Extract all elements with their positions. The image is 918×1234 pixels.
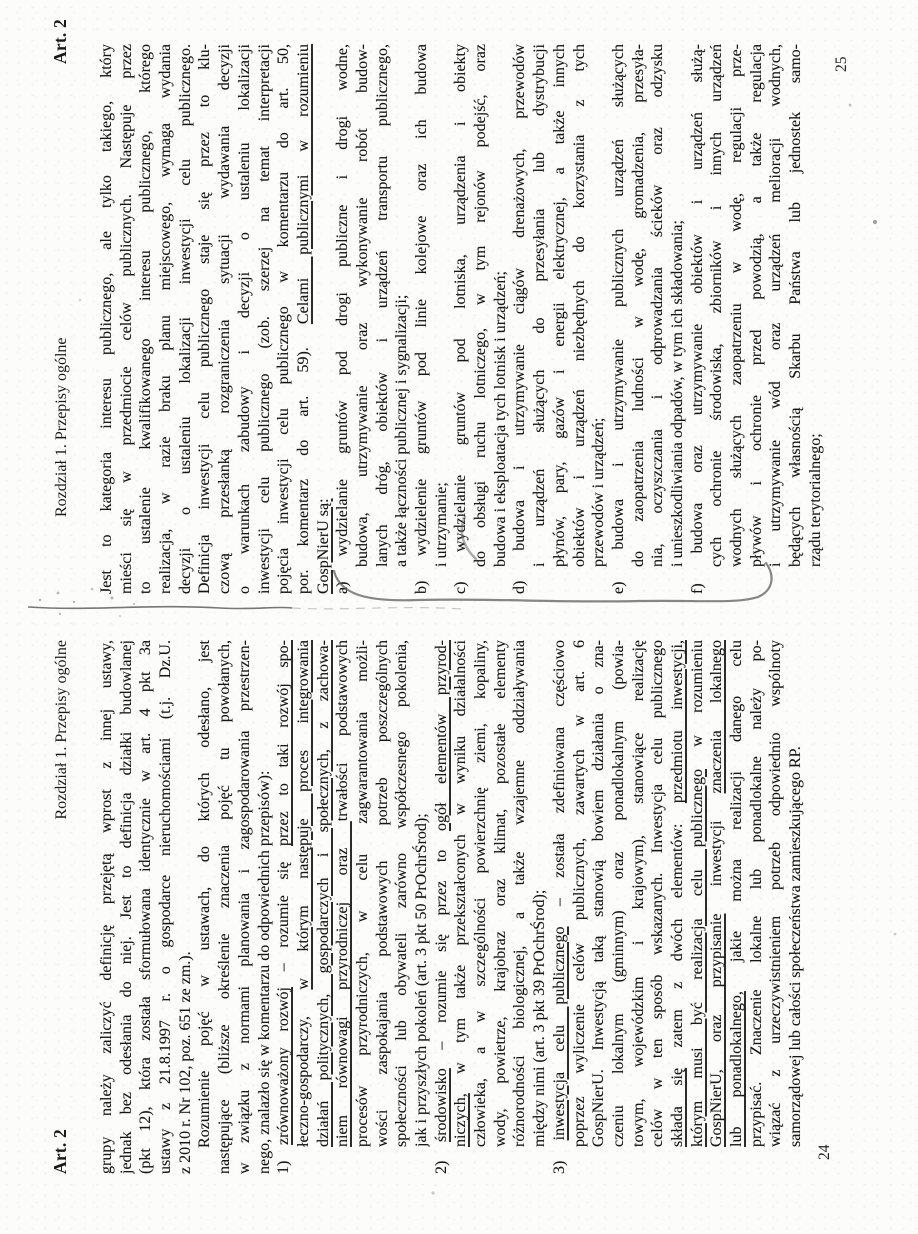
text-line: o warunkach zabudowy i decyzji o ustalen… xyxy=(235,44,255,594)
text-line: do zaopatrzenia ludności w wodę, gromadz… xyxy=(629,44,649,567)
text-line: z 2010 r. Nr 102, poz. 651 ze zm.). xyxy=(176,640,196,1174)
text-line: budowa, utrzymywanie oraz wykonywanie ro… xyxy=(353,44,373,567)
text-line: i unieszkodliwiania odpadów, w tym ich s… xyxy=(668,44,688,567)
text-line: lanych dróg, obiektów i urządzeń transpo… xyxy=(373,44,393,567)
running-header: Art. 2 Rozdział 1. Przepisy ogólne xyxy=(50,640,71,1174)
text-line: jak i przyszłych pokoleń (art. 3 pkt 50 … xyxy=(412,640,432,1147)
text-line: GospNierU są: xyxy=(314,44,334,594)
text-line: poprzez wyliczenie celów publicznych, za… xyxy=(570,640,590,1147)
text-line: Definicja inwestycji celu publicznego st… xyxy=(195,44,215,594)
text-line: GospNierU. Inwestycją taką stanowią bowi… xyxy=(589,640,609,1147)
text-line: f) budowa oraz utrzymywanie obiektów i u… xyxy=(688,44,708,594)
text-line: decyzji o ustaleniu lokalizacji inwestyc… xyxy=(176,44,196,594)
text-line: społeczności lub obywateli zarówno współ… xyxy=(392,640,412,1147)
book-spread: Art. 2 Rozdział 1. Przepisy ogólne grupy… xyxy=(0,0,918,1234)
text-line: do obsługi ruchu lotniczego, w tym rejon… xyxy=(471,44,491,567)
text-line: przewodów i urządzeń; xyxy=(589,44,609,567)
text-line: wiązać z urzeczywistnieniem potrzeb odpo… xyxy=(766,640,786,1147)
text-line: czową przesłanką rozgraniczenia sytuacji… xyxy=(215,44,235,594)
text-line: pojęcia inwestycji celu publicznego w ko… xyxy=(274,44,294,594)
text-line: ustawy z 21.8.1997 r. o gospodarce nieru… xyxy=(156,640,176,1174)
text-line: nia, oczyszczania i odprowadzania ściekó… xyxy=(648,44,668,567)
text-line: i utrzymywanie wód oraz urządzeń meliora… xyxy=(766,44,786,567)
text-line: i utrzymanie; xyxy=(432,44,452,567)
text-line: grupy należy zaliczyć definicję przejętą… xyxy=(97,640,117,1174)
header-article-label: Art. 2 xyxy=(50,1129,71,1174)
text-line: przypisać. Znaczenie lokalne lub ponadlo… xyxy=(747,640,767,1147)
page-25-text-block: Jest to kategoria interesu publicznego, … xyxy=(97,44,825,594)
text-line: składa się zatem z dwóch elementów: prze… xyxy=(668,640,688,1147)
text-line: działań politycznych, gospodarczych i sp… xyxy=(314,640,334,1147)
text-line: między nimi (art. 3 pkt 39 PrOchrŚrod); xyxy=(530,640,550,1147)
text-line: (pkt 12), która została sformułowana ide… xyxy=(136,640,156,1174)
text-line: to ustalenie kwalifikowanego interesu pu… xyxy=(136,44,156,594)
text-line: 1) zrównoważony rozwój – rozumie się prz… xyxy=(274,640,294,1174)
text-line: realizacja, w razie braku planu miejscow… xyxy=(156,44,176,594)
header-article-label: Art. 2 xyxy=(50,19,71,64)
text-line: obiektów i urządzeń niezbędnych do korzy… xyxy=(570,44,590,567)
page-25: Rozdział 1. Przepisy ogólne Art. 2 Jest … xyxy=(0,0,918,617)
text-line: 3) inwestycja celu publicznego – została… xyxy=(550,640,570,1174)
text-line: różnorodności biologicznej, a także wzaj… xyxy=(510,640,530,1147)
header-chapter-label: Rozdział 1. Przepisy ogólne xyxy=(53,337,71,517)
text-line: czeniu lokalnym (gminnym) oraz ponadloka… xyxy=(609,640,629,1147)
text-line: nego, znalazło się w komentarzu do odpow… xyxy=(255,640,275,1174)
text-line: Rozumienie pojęć w ustawach, do których … xyxy=(195,640,215,1174)
text-line: Jest to kategoria interesu publicznego, … xyxy=(97,44,117,594)
page-number: 25 xyxy=(833,57,851,73)
text-line: niczych, w tym także przekształconych w … xyxy=(451,640,471,1147)
text-line: d) budowa i utrzymywanie ciągów drenażow… xyxy=(510,44,530,594)
text-line: w związku z normami planowania i zagospo… xyxy=(235,640,255,1174)
text-line: towym, wojewódzkim i krajowym), stanowią… xyxy=(629,640,649,1147)
text-line: jednak bez odesłania do niej. Jest to de… xyxy=(117,640,137,1174)
text-line: b) wydzielenie gruntów pod linie kolejow… xyxy=(412,44,432,594)
text-line: procesów przyrodniczych, w celu zagwaran… xyxy=(353,640,373,1147)
text-line: c) wydzielanie gruntów pod lotniska, urz… xyxy=(451,44,471,594)
text-line: następujące (bliższe określenie znaczeni… xyxy=(215,640,235,1174)
text-line: samorządowej lub całości społeczeństwa z… xyxy=(786,640,806,1147)
text-line: mieści się w przedmiocie celów publiczny… xyxy=(117,44,137,594)
text-line: wości zaspokajania podstawowych potrzeb … xyxy=(373,640,393,1147)
text-line: wodnych służących zaopatrzeniu w wodę, r… xyxy=(727,44,747,567)
text-line: rządu terytorialnego; xyxy=(806,44,826,567)
page-24: Art. 2 Rozdział 1. Przepisy ogólne grupy… xyxy=(0,617,918,1234)
text-line: GospNierU, oraz przypisanie inwestycji z… xyxy=(707,640,727,1147)
text-line: por. komentarz do art. 59). Celami publi… xyxy=(294,44,314,594)
scanned-book-screenshot: { "colors": { "paper": "#fbfbf9", "ink":… xyxy=(0,0,918,1234)
text-line: którym musi być realizacja celu publiczn… xyxy=(688,640,708,1147)
text-line: e) budowa i utrzymywanie publicznych urz… xyxy=(609,44,629,594)
text-line: człowieka, a w szczególności powierzchni… xyxy=(471,640,491,1147)
text-line: płynów, pary, gazów i energii elektryczn… xyxy=(550,44,570,567)
text-line: celów w ten sposób wskazanych. Inwestycj… xyxy=(648,640,668,1147)
text-line: budowa i eksploatacja tych lotnisk i urz… xyxy=(491,44,511,567)
text-line: niem równowagi przyrodniczej oraz trwało… xyxy=(333,640,353,1147)
text-line: a także łączności publicznej i sygnaliza… xyxy=(392,44,412,567)
text-line: inwestycji celu publicznego (zob. szerze… xyxy=(255,44,275,594)
text-line: a) wydzielanie gruntów pod drogi publicz… xyxy=(333,44,353,594)
text-line: pływów i ochronie przed powodzią, a takż… xyxy=(747,44,767,567)
page-number: 24 xyxy=(816,1145,834,1161)
text-line: łeczno-gospodarczy, w którym następuje p… xyxy=(294,640,314,1147)
running-header: Rozdział 1. Przepisy ogólne Art. 2 xyxy=(50,19,71,517)
page-24-text-block: grupy należy zaliczyć definicję przejętą… xyxy=(97,640,806,1174)
text-line: cych ochronie środowiska, zbiorników i i… xyxy=(707,44,727,567)
text-line: i urządzeń służących do przesyłania lub … xyxy=(530,44,550,567)
text-line: 2) środowisko – rozumie się przez to ogó… xyxy=(432,640,452,1174)
text-line: będących własnością Skarbu Państwa lub j… xyxy=(786,44,806,567)
header-chapter-label: Rozdział 1. Przepisy ogólne xyxy=(53,640,71,820)
text-line: wody, powietrze, krajobraz oraz klimat, … xyxy=(491,640,511,1147)
text-line: lub ponadlokalnego, jakie można realizac… xyxy=(727,640,747,1147)
